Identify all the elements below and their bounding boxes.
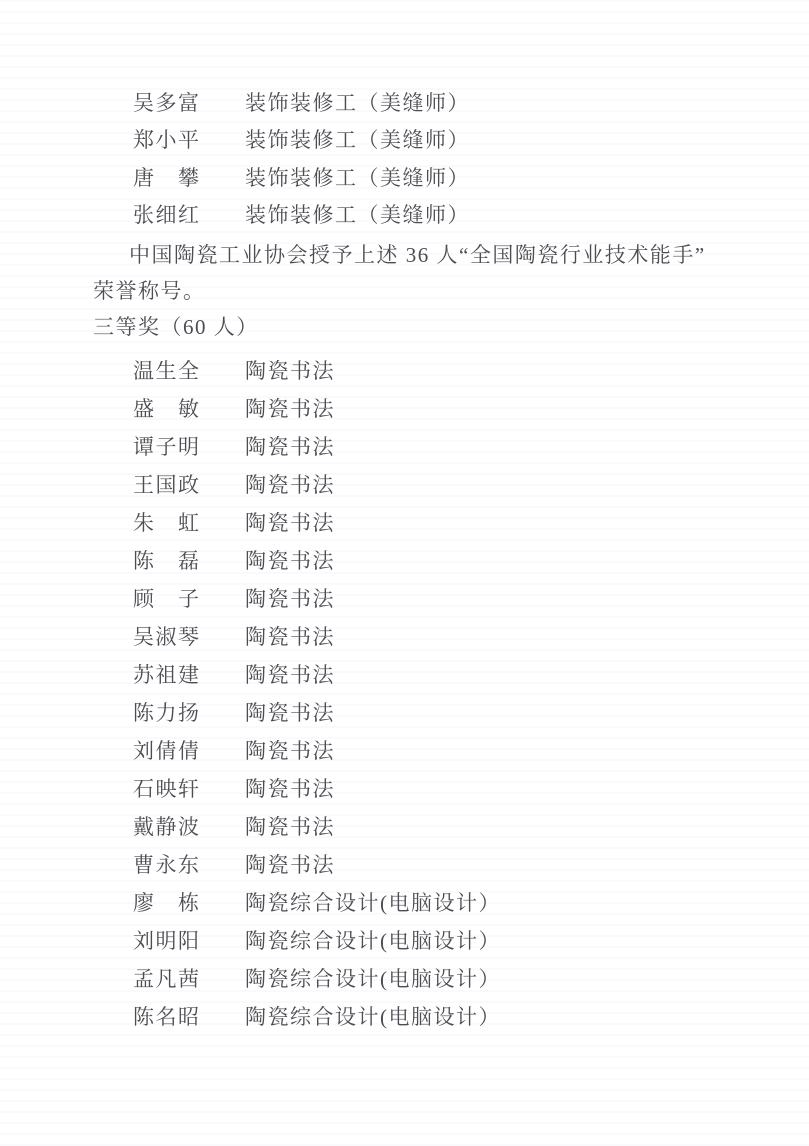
honor-paragraph: 中国陶瓷工业协会授予上述 36 人“全国陶瓷行业技术能手” 荣誉称号。	[93, 237, 719, 309]
award-category: 装饰装修工（美缝师）	[245, 87, 470, 117]
award-category: 陶瓷书法	[245, 469, 335, 499]
awardee-row: 刘明阳 陶瓷综合设计(电脑设计）	[93, 921, 719, 959]
document-page: 吴多富 装饰装修工（美缝师） 郑小平 装饰装修工（美缝师） 唐 攀 装饰装修工（…	[0, 0, 809, 1146]
awardee-name: 戴静波	[133, 811, 245, 841]
awardee-name: 唐 攀	[133, 162, 245, 192]
awardee-row: 谭子明 陶瓷书法	[93, 427, 719, 465]
award-category: 陶瓷综合设计(电脑设计）	[245, 1001, 501, 1031]
awardee-row: 石映轩 陶瓷书法	[93, 769, 719, 807]
awardee-name: 陈力扬	[133, 697, 245, 727]
award-category: 陶瓷书法	[245, 811, 335, 841]
awardee-list-section-1: 吴多富 装饰装修工（美缝师） 郑小平 装饰装修工（美缝师） 唐 攀 装饰装修工（…	[93, 83, 719, 233]
awardee-name: 陈 磊	[133, 545, 245, 575]
award-category: 陶瓷书法	[245, 393, 335, 423]
awardee-row: 陈力扬 陶瓷书法	[93, 693, 719, 731]
awardee-name: 盛 敏	[133, 393, 245, 423]
awardee-name: 郑小平	[133, 124, 245, 154]
award-category: 陶瓷综合设计(电脑设计）	[245, 887, 501, 917]
awardee-row: 吴淑琴 陶瓷书法	[93, 617, 719, 655]
award-category: 装饰装修工（美缝师）	[245, 162, 470, 192]
awardee-row: 曹永东 陶瓷书法	[93, 845, 719, 883]
awardee-name: 吴淑琴	[133, 621, 245, 651]
awardee-row: 戴静波 陶瓷书法	[93, 807, 719, 845]
awardee-row: 温生全 陶瓷书法	[93, 351, 719, 389]
awardee-name: 朱 虹	[133, 507, 245, 537]
awardee-name: 石映轩	[133, 773, 245, 803]
awardee-row: 陈 磊 陶瓷书法	[93, 541, 719, 579]
award-category: 陶瓷综合设计(电脑设计）	[245, 963, 501, 993]
awardee-name: 谭子明	[133, 431, 245, 461]
third-prize-heading: 三等奖（60 人）	[93, 309, 719, 345]
awardee-row: 郑小平 装饰装修工（美缝师）	[93, 121, 719, 159]
award-category: 陶瓷综合设计(电脑设计）	[245, 925, 501, 955]
award-category: 陶瓷书法	[245, 507, 335, 537]
honor-paragraph-line-1: 中国陶瓷工业协会授予上述 36 人“全国陶瓷行业技术能手”	[93, 237, 719, 273]
awardee-name: 王国政	[133, 469, 245, 499]
awardee-row: 唐 攀 装饰装修工（美缝师）	[93, 158, 719, 196]
honor-paragraph-line-2: 荣誉称号。	[93, 273, 719, 309]
awardee-row: 吴多富 装饰装修工（美缝师）	[93, 83, 719, 121]
award-category: 装饰装修工（美缝师）	[245, 124, 470, 154]
award-category: 陶瓷书法	[245, 659, 335, 689]
award-category: 陶瓷书法	[245, 849, 335, 879]
awardee-row: 王国政 陶瓷书法	[93, 465, 719, 503]
awardee-name: 孟凡茜	[133, 963, 245, 993]
awardee-name: 张细红	[133, 199, 245, 229]
award-category: 陶瓷书法	[245, 545, 335, 575]
awardee-name: 曹永东	[133, 849, 245, 879]
awardee-row: 苏祖建 陶瓷书法	[93, 655, 719, 693]
awardee-row: 刘倩倩 陶瓷书法	[93, 731, 719, 769]
awardee-name: 吴多富	[133, 87, 245, 117]
awardee-name: 刘倩倩	[133, 735, 245, 765]
awardee-list-section-2: 温生全 陶瓷书法 盛 敏 陶瓷书法 谭子明 陶瓷书法 王国政 陶瓷书法 朱 虹 …	[93, 351, 719, 1035]
award-category: 陶瓷书法	[245, 583, 335, 613]
awardee-name: 顾 子	[133, 583, 245, 613]
awardee-name: 刘明阳	[133, 925, 245, 955]
award-category: 陶瓷书法	[245, 621, 335, 651]
awardee-row: 顾 子 陶瓷书法	[93, 579, 719, 617]
awardee-row: 孟凡茜 陶瓷综合设计(电脑设计）	[93, 959, 719, 997]
award-category: 陶瓷书法	[245, 431, 335, 461]
award-category: 陶瓷书法	[245, 697, 335, 727]
awardee-name: 陈名昭	[133, 1001, 245, 1031]
awardee-name: 温生全	[133, 355, 245, 385]
awardee-name: 廖 栋	[133, 887, 245, 917]
award-category: 陶瓷书法	[245, 773, 335, 803]
awardee-row: 陈名昭 陶瓷综合设计(电脑设计）	[93, 997, 719, 1035]
award-category: 装饰装修工（美缝师）	[245, 199, 470, 229]
award-category: 陶瓷书法	[245, 355, 335, 385]
awardee-row: 廖 栋 陶瓷综合设计(电脑设计）	[93, 883, 719, 921]
awardee-row: 张细红 装饰装修工（美缝师）	[93, 196, 719, 234]
award-category: 陶瓷书法	[245, 735, 335, 765]
awardee-name: 苏祖建	[133, 659, 245, 689]
awardee-row: 朱 虹 陶瓷书法	[93, 503, 719, 541]
awardee-row: 盛 敏 陶瓷书法	[93, 389, 719, 427]
